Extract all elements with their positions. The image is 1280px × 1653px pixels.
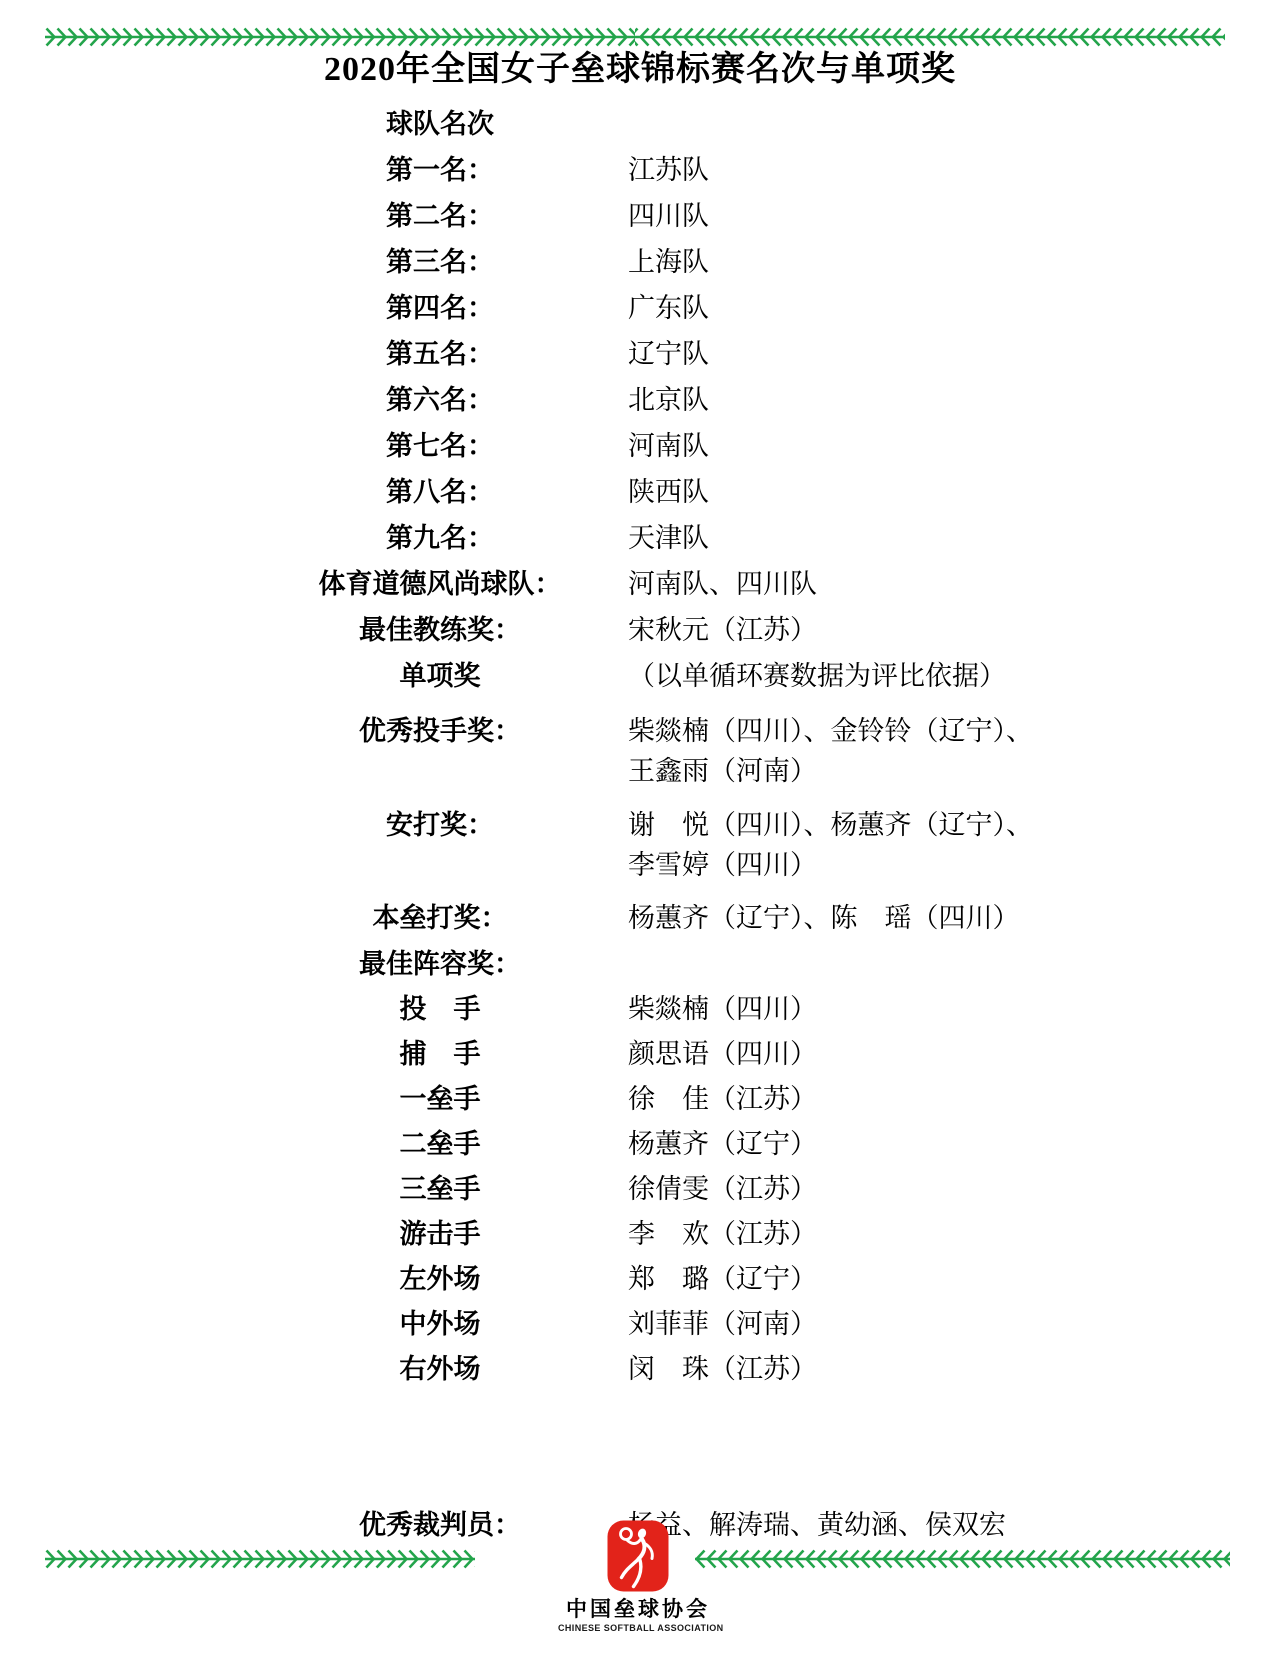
row-label: 右外场 — [262, 1347, 618, 1392]
row-rank-3: 第三名： 上海队 — [0, 239, 1280, 285]
row-value: 颜思语（四川） — [628, 1032, 817, 1077]
row-label: 最佳阵容奖： — [262, 941, 618, 987]
row-rank-1: 第一名： 江苏队 — [0, 147, 1280, 193]
row-best-lineup-award: 最佳阵容奖： — [0, 941, 1280, 987]
awards-list: 球队名次 第一名： 江苏队 第二名： 四川队 第三名： 上海队 第四名： 广东队… — [0, 101, 1280, 1548]
section-header: 球队名次 — [262, 101, 618, 147]
row-label: 投 手 — [262, 987, 618, 1032]
association-name-en: CHINESE SOFTBALL ASSOCIATION — [558, 1624, 718, 1634]
row-hit-award: 安打奖： 谢 悦（四川）、杨蕙齐（辽宁）、 李雪婷（四川） — [0, 801, 1280, 887]
row-label: 一垒手 — [262, 1077, 618, 1122]
row-home-run-award: 本垒打奖： 杨蕙齐（辽宁）、陈 瑶（四川） — [0, 895, 1280, 941]
row-lineup-third-base: 三垒手 徐倩雯（江苏） — [0, 1167, 1280, 1212]
row-label: 中外场 — [262, 1302, 618, 1347]
row-lineup-shortstop: 游击手 李 欢（江苏） — [0, 1212, 1280, 1257]
row-rank-8: 第八名： 陕西队 — [0, 469, 1280, 515]
row-value: 四川队 — [628, 193, 709, 239]
row-label: 三垒手 — [262, 1167, 618, 1212]
stitch-border-bottom-right-icon — [695, 1548, 1230, 1575]
row-value: 谢 悦（四川）、杨蕙齐（辽宁）、 李雪婷（四川） — [628, 801, 1033, 885]
row-label: 第五名： — [262, 331, 618, 377]
row-label: 体育道德风尚球队： — [262, 561, 618, 607]
stitch-border-top-icon — [45, 26, 1225, 53]
row-best-pitcher-award: 优秀投手奖： 柴燚楠（四川）、金铃铃（辽宁）、 王鑫雨（河南） — [0, 707, 1280, 793]
row-label: 游击手 — [262, 1212, 618, 1257]
document-page: 2020年全国女子垒球锦标赛名次与单项奖 球队名次 第一名： 江苏队 第二名： … — [0, 0, 1280, 1653]
row-label: 第二名： — [262, 193, 618, 239]
row-best-coach: 最佳教练奖： 宋秋元（江苏） — [0, 607, 1280, 653]
row-lineup-second-base: 二垒手 杨蕙齐（辽宁） — [0, 1122, 1280, 1167]
row-label: 第一名： — [262, 147, 618, 193]
row-value: 李 欢（江苏） — [628, 1212, 817, 1257]
row-rank-6: 第六名： 北京队 — [0, 377, 1280, 423]
row-value: 徐倩雯（江苏） — [628, 1167, 817, 1212]
row-section-individual-awards: 单项奖 （以单循环赛数据为评比依据） — [0, 653, 1280, 699]
row-label: 第七名： — [262, 423, 618, 469]
csa-logo: 中国垒球协会 CHINESE SOFTBALL ASSOCIATION — [558, 1520, 718, 1634]
row-value: 柴燚楠（四川） — [628, 987, 817, 1032]
row-value: 广东队 — [628, 285, 709, 331]
row-label: 第八名： — [262, 469, 618, 515]
row-label: 第九名： — [262, 515, 618, 561]
row-lineup-center-field: 中外场 刘菲菲（河南） — [0, 1302, 1280, 1347]
stitch-border-bottom-left-icon — [45, 1548, 475, 1575]
row-lineup-catcher: 捕 手 颜思语（四川） — [0, 1032, 1280, 1077]
row-label: 捕 手 — [262, 1032, 618, 1077]
row-value: 徐 佳（江苏） — [628, 1077, 817, 1122]
row-section-team-rankings: 球队名次 — [0, 101, 1280, 147]
csa-logo-icon — [607, 1520, 669, 1592]
row-lineup-first-base: 一垒手 徐 佳（江苏） — [0, 1077, 1280, 1122]
row-label: 第三名： — [262, 239, 618, 285]
row-value: 北京队 — [628, 377, 709, 423]
row-rank-7: 第七名： 河南队 — [0, 423, 1280, 469]
row-value: 陕西队 — [628, 469, 709, 515]
row-lineup-right-field: 右外场 闵 珠（江苏） — [0, 1347, 1280, 1392]
row-value: 杨蕙齐（辽宁）、陈 瑶（四川） — [628, 895, 1020, 941]
row-rank-9: 第九名： 天津队 — [0, 515, 1280, 561]
row-value: 闵 珠（江苏） — [628, 1347, 817, 1392]
row-value: 宋秋元（江苏） — [628, 607, 817, 653]
row-value: 天津队 — [628, 515, 709, 561]
row-label: 最佳教练奖： — [262, 607, 618, 653]
row-label: 二垒手 — [262, 1122, 618, 1167]
row-value: 江苏队 — [628, 147, 709, 193]
row-value: （以单循环赛数据为评比依据） — [628, 653, 1006, 699]
row-rank-2: 第二名： 四川队 — [0, 193, 1280, 239]
association-name-cn: 中国垒球协会 — [558, 1598, 718, 1621]
row-value: 杨蕙齐（辽宁） — [628, 1122, 817, 1167]
row-rank-4: 第四名： 广东队 — [0, 285, 1280, 331]
section-header: 单项奖 — [262, 653, 618, 699]
row-value: 上海队 — [628, 239, 709, 285]
row-label: 安打奖： — [262, 801, 618, 845]
row-value: 辽宁队 — [628, 331, 709, 377]
row-rank-5: 第五名： 辽宁队 — [0, 331, 1280, 377]
row-label: 第六名： — [262, 377, 618, 423]
row-value: 刘菲菲（河南） — [628, 1302, 817, 1347]
row-label: 第四名： — [262, 285, 618, 331]
row-lineup-pitcher: 投 手 柴燚楠（四川） — [0, 987, 1280, 1032]
row-value: 郑 璐（辽宁） — [628, 1257, 817, 1302]
row-sportsmanship-teams: 体育道德风尚球队： 河南队、四川队 — [0, 561, 1280, 607]
row-value: 河南队、四川队 — [628, 561, 817, 607]
row-label: 本垒打奖： — [262, 895, 618, 941]
row-value: 柴燚楠（四川）、金铃铃（辽宁）、 王鑫雨（河南） — [628, 707, 1033, 791]
row-value: 河南队 — [628, 423, 709, 469]
row-label: 优秀投手奖： — [262, 707, 618, 751]
row-label: 左外场 — [262, 1257, 618, 1302]
row-lineup-left-field: 左外场 郑 璐（辽宁） — [0, 1257, 1280, 1302]
